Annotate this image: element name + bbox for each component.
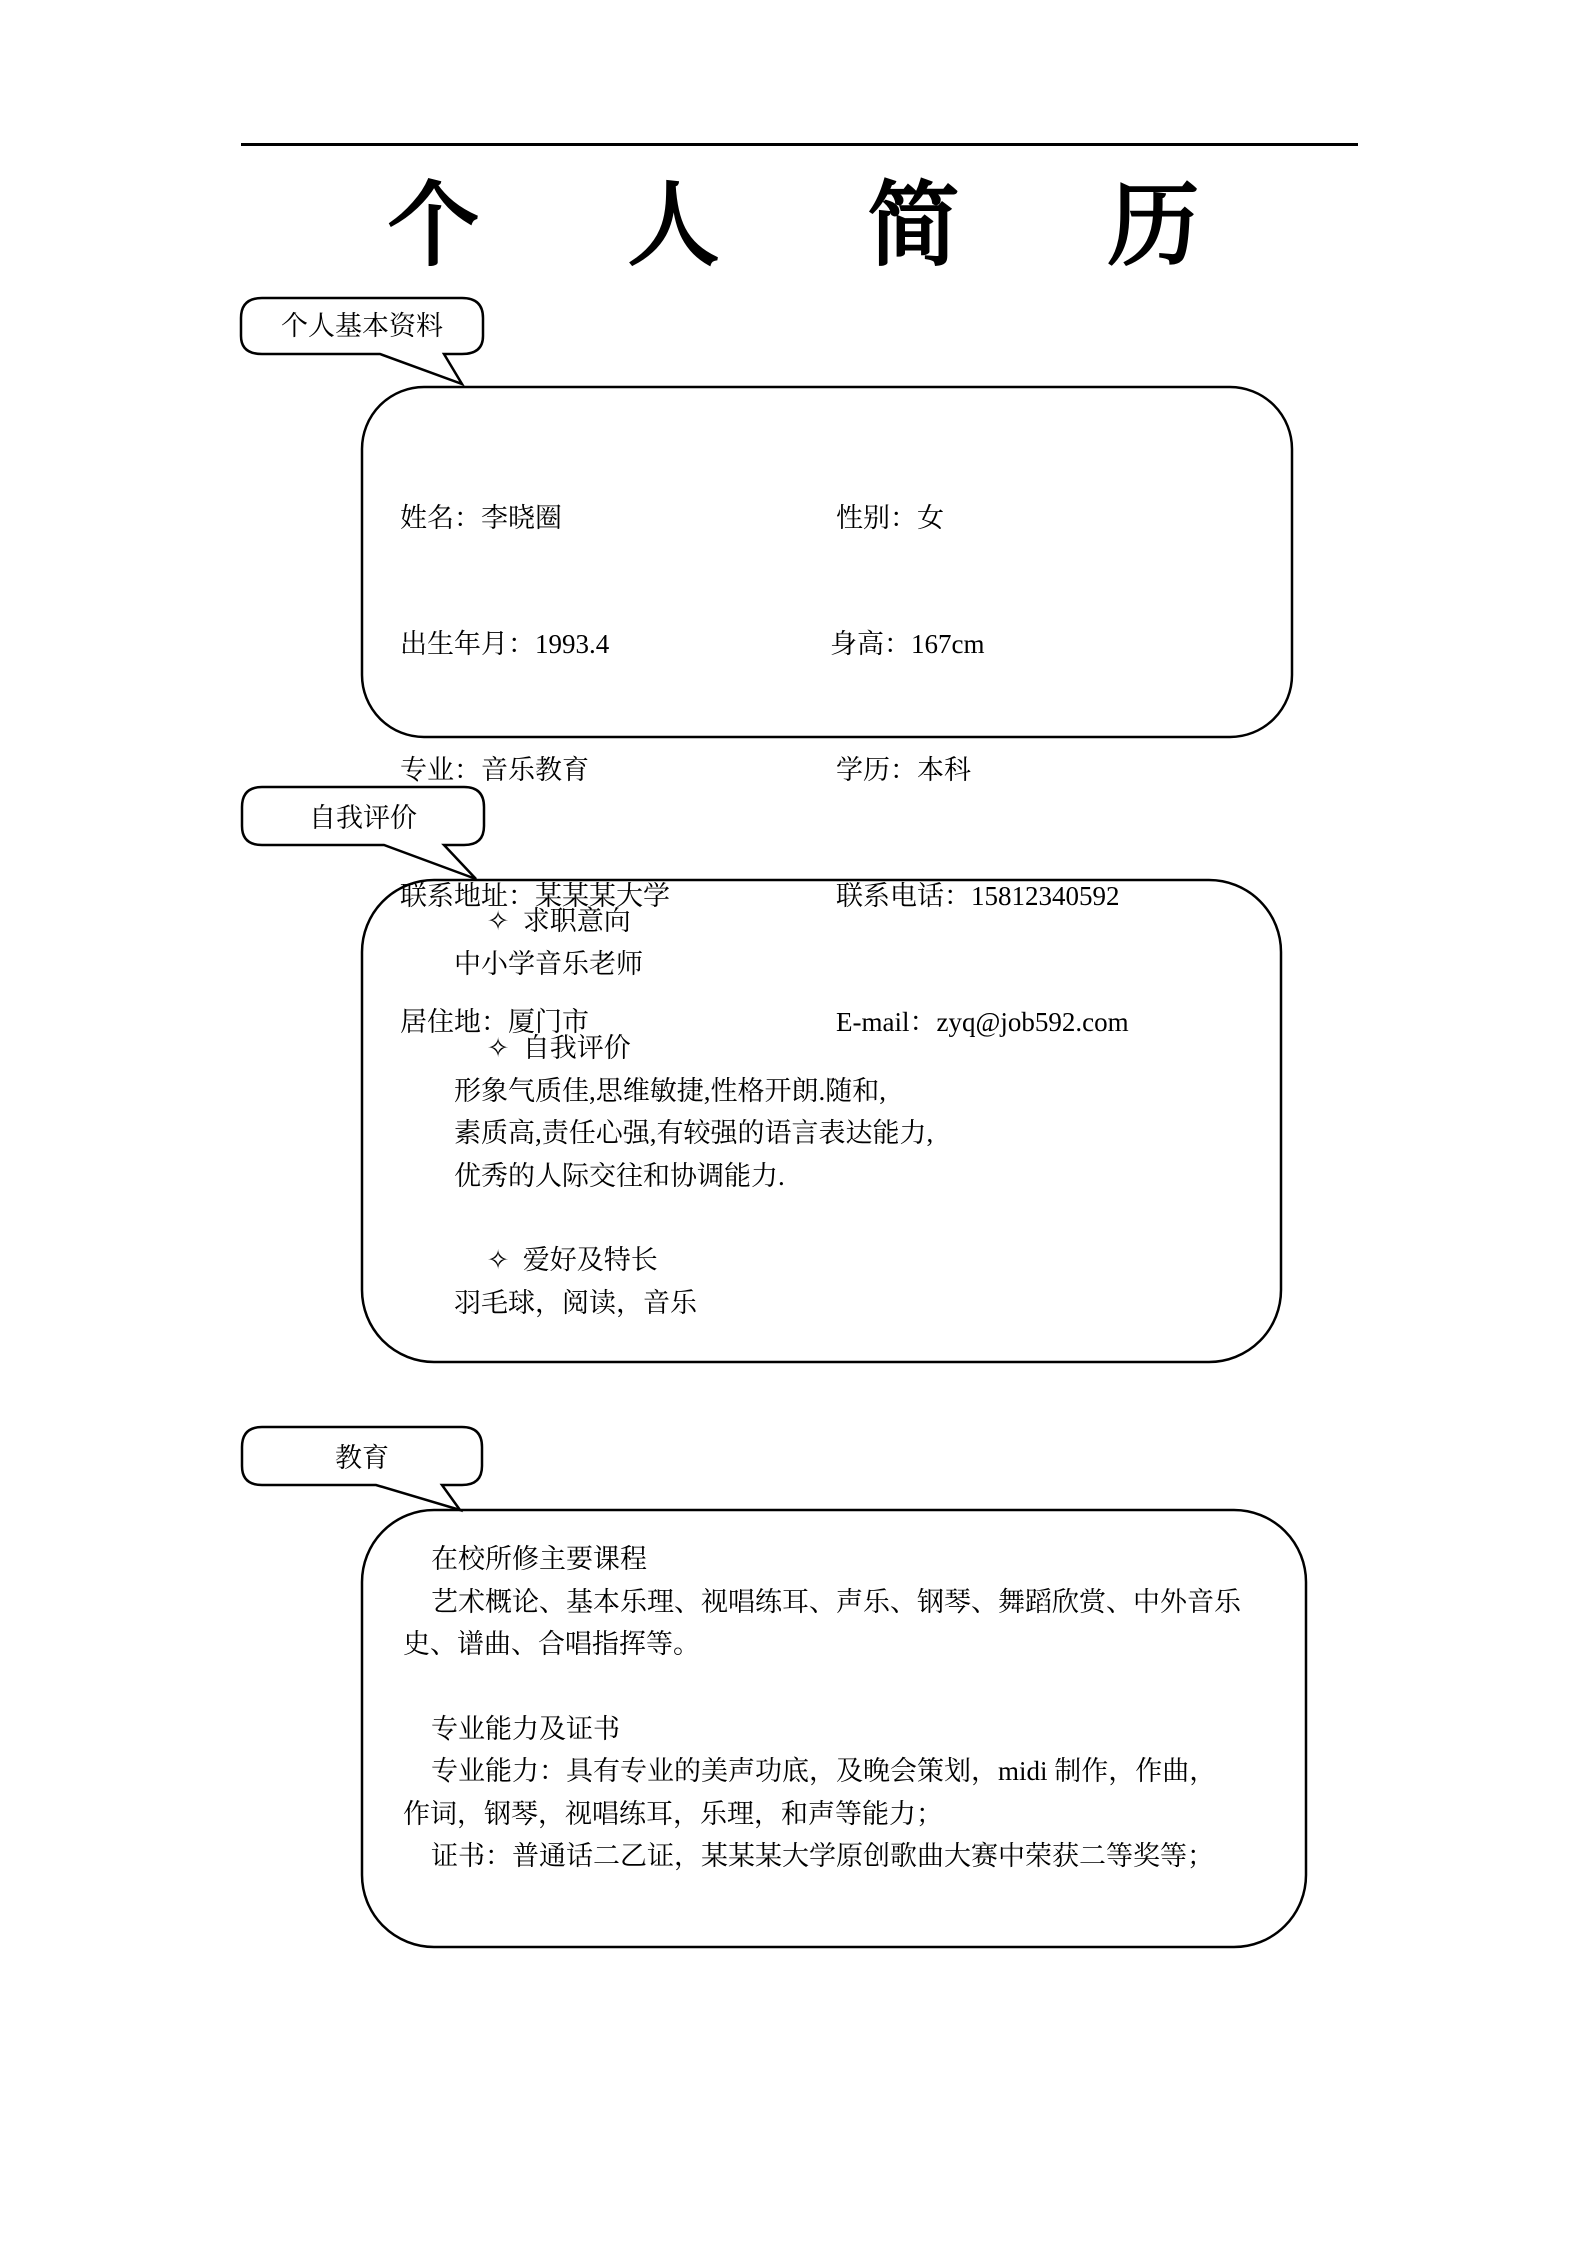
field-name: 姓名：李晓圈: [400, 497, 562, 539]
field-value: 女: [917, 503, 944, 533]
text-line: 优秀的人际交往和协调能力.: [454, 1155, 1254, 1198]
info-row: 姓名：李晓圈 性别：女: [400, 497, 1260, 539]
field-value: 167cm: [911, 629, 985, 659]
field-gender: 性别：女: [836, 497, 944, 539]
field-label: 专业：: [400, 755, 481, 785]
spacer: [454, 1197, 1254, 1239]
text-line: 专业能力：具有专业的美声功底，及晚会策划，midi 制作，作曲，: [403, 1750, 1283, 1793]
info-row: 专业：音乐教育 学历：本科: [400, 749, 1260, 791]
text-line: 形象气质佳,思维敏捷,性格开朗.随和,: [454, 1070, 1254, 1113]
subheading-text: 自我评价: [523, 1033, 631, 1063]
text-line: 中小学音乐老师: [454, 943, 1254, 986]
field-major: 专业：音乐教育: [400, 749, 589, 791]
field-height: 身高：167cm: [830, 623, 985, 665]
field-value: 本科: [917, 755, 971, 785]
callout-basic-info-label: 个人基本资料: [241, 310, 483, 342]
field-value: 李晓圈: [481, 503, 562, 533]
spacer: [403, 1666, 1283, 1708]
info-row: 出生年月：1993.4 身高：167cm: [400, 623, 1260, 665]
subheading-text: 求职意向: [523, 906, 631, 936]
courses-heading: 在校所修主要课程: [403, 1538, 1283, 1581]
education-content: 在校所修主要课程 艺术概论、基本乐理、视唱练耳、声乐、钢琴、舞蹈欣赏、中外音乐 …: [403, 1538, 1283, 1878]
subheading-self-eval: ✧ 自我评价: [454, 1027, 1254, 1070]
spacer: [454, 985, 1254, 1027]
text-line: 素质高,责任心强,有较强的语言表达能力,: [454, 1112, 1254, 1155]
text-line: 作词，钢琴，视唱练耳，乐理，和声等能力；: [403, 1793, 1283, 1836]
self-eval-content: ✧ 求职意向 中小学音乐老师 ✧ 自我评价 形象气质佳,思维敏捷,性格开朗.随和…: [454, 900, 1254, 1324]
field-education-level: 学历：本科: [836, 749, 971, 791]
text-line: 艺术概论、基本乐理、视唱练耳、声乐、钢琴、舞蹈欣赏、中外音乐: [403, 1581, 1283, 1624]
diamond-bullet-icon: ✧: [480, 1239, 516, 1282]
field-label: 学历：: [836, 755, 917, 785]
field-label: 姓名：: [400, 503, 481, 533]
text-line: 证书：普通话二乙证，某某某大学原创歌曲大赛中荣获二等奖等；: [403, 1835, 1283, 1878]
text-line: 史、谱曲、合唱指挥等。: [403, 1623, 1283, 1666]
field-value: 1993.4: [535, 629, 609, 659]
subheading-text: 爱好及特长: [523, 1245, 658, 1275]
diamond-bullet-icon: ✧: [480, 1027, 516, 1070]
field-label: 身高：: [830, 629, 911, 659]
text-line: 羽毛球，阅读，音乐: [454, 1282, 1254, 1325]
subheading-job-intent: ✧ 求职意向: [454, 900, 1254, 943]
skills-heading: 专业能力及证书: [403, 1708, 1283, 1751]
diamond-bullet-icon: ✧: [480, 900, 516, 943]
field-birth: 出生年月：1993.4: [400, 623, 609, 665]
callout-education-label: 教育: [242, 1442, 482, 1474]
field-value: 音乐教育: [481, 755, 589, 785]
field-label: 性别：: [836, 503, 917, 533]
field-label: 出生年月：: [400, 629, 535, 659]
subheading-hobbies: ✧ 爱好及特长: [454, 1239, 1254, 1282]
